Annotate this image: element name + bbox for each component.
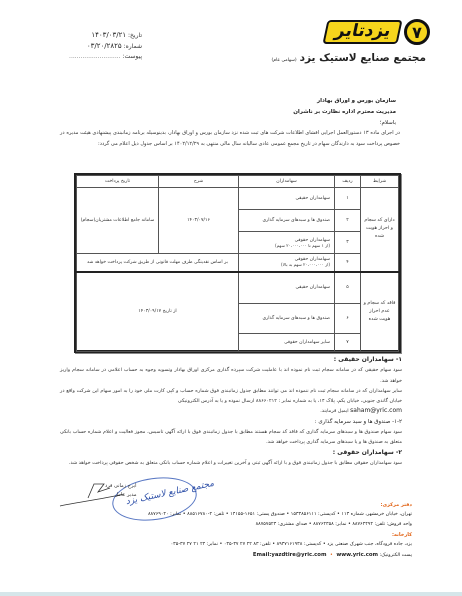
note-paragraph-2: سایر سهامداران که در سامانه سجام ثبت نام…	[60, 386, 402, 407]
email-link[interactable]: Email:yazdtire@yric.com	[253, 552, 327, 558]
note-email-row: saham@yric.com ایمیل فرمایند.	[60, 406, 402, 416]
web-label: پست الکترونیک:	[380, 553, 412, 558]
table-row: دارای کد سجام و احراز هویت شده ۱ سهامدار…	[77, 188, 399, 210]
row-no: ۶	[335, 304, 361, 334]
note-paragraph-3: سود سهام صندوق ها و سبدهای سرمایه گذاری …	[60, 427, 402, 448]
header-payment-date: تاریخ پرداخت	[77, 176, 159, 188]
dividend-schedule-table: شرایط ردیف سهامداران شرح تاریخ پرداخت دا…	[74, 173, 401, 353]
holder-cell: سایر سهامداران حقوقی	[239, 334, 335, 352]
date-row: تاریخ: ۱۴۰۳/۰۳/۲۱	[52, 30, 142, 41]
email-suffix: ایمیل فرمایند.	[320, 408, 348, 414]
row-no: ۵	[335, 272, 361, 304]
payment-cell: سامانه جامع اطلاعات مشتریان(سجام)	[77, 188, 159, 254]
shareholder-email-link[interactable]: saham@yric.com	[350, 407, 402, 414]
holder-range: (از ۲۰،۰۰۰،۰۰۰ سهم به بالا)	[241, 262, 330, 267]
number-value: ۰۳/۲۰/۲۸۲۵	[87, 42, 122, 50]
letter-footer: دفتر مرکزی: تهران، خیابان خرمشهر، شماره …	[34, 500, 412, 561]
merged-date-cell: از تاریخ ۱۴۰۳/۰۹/۱۷	[77, 272, 239, 352]
date-label: تاریخ:	[128, 32, 142, 39]
company-name-text: مجتمع صنایع لاستیک یزد	[300, 52, 426, 64]
website-link[interactable]: www.yric.com	[336, 552, 378, 558]
web-row: پست الکترونیک: Email:yazdtire@yric.com •…	[34, 550, 412, 561]
logo-text: یزدتایر	[322, 20, 403, 44]
holder-cell: صندوق ها و سبدهای سرمایه گذاری	[239, 210, 335, 232]
bullet-icon: •	[330, 553, 333, 558]
hq-label: دفتر مرکزی:	[34, 500, 412, 510]
note-paragraph-1: سود سهام حقیقی که در سامانه سجام ثبت نام…	[60, 365, 402, 386]
holder-cell: صندوق ها و سبدهای سرمایه گذاری	[239, 304, 335, 334]
signatory-name: ایرج زمانی فرد	[105, 482, 137, 491]
recipient-line-1: سازمان بورس و اوراق بهادار	[293, 96, 396, 107]
header-row-no: ردیف	[335, 176, 361, 188]
table-row: فاقد کد سجام و عدم احراز هویت شده ۵ سهام…	[77, 272, 399, 304]
recipient-line-2: مدیریت محترم اداره نظارت بر ناشران	[293, 107, 396, 118]
condition-group-1: دارای کد سجام و احراز هویت شده	[361, 188, 399, 272]
holder-cell: سهامداران حقیقی	[239, 188, 335, 210]
holder-cell: سهامداران حقوقی (از ۱ سهم تا ۲۰،۰۰۰،۰۰۰ …	[239, 232, 335, 254]
holder-range: (از ۱ سهم تا ۲۰،۰۰۰،۰۰۰ سهم)	[241, 243, 330, 248]
holder-name: سهامداران حقوقی	[295, 238, 330, 243]
notes-section: ۱- سهامداران حقیقی : سود سهام حقیقی که د…	[60, 355, 402, 468]
factory-label: کارخانه:	[34, 530, 412, 540]
row-no: ۴	[335, 254, 361, 272]
row-no: ۷	[335, 334, 361, 352]
header-holders: سهامداران	[239, 176, 335, 188]
table-header-row: شرایط ردیف سهامداران شرح تاریخ پرداخت	[77, 176, 399, 188]
company-name: مجتمع صنایع لاستیک یزد(سهامی عام)	[270, 52, 426, 64]
date-value: ۱۴۰۳/۰۳/۲۱	[91, 31, 126, 39]
attachment-row: پیوست: ...........................	[52, 52, 142, 62]
company-type: (سهامی عام)	[271, 58, 296, 63]
description-cell: ۱۴۰۳/۰۷/۱۶	[159, 188, 239, 254]
row-no: ۳	[335, 232, 361, 254]
note-heading-2: ۲- سهامداران حقوقی :	[60, 448, 402, 458]
row-no: ۱	[335, 188, 361, 210]
number-label: شماره:	[124, 43, 142, 50]
logo-mark-icon: ۷	[404, 19, 430, 45]
condition-group-2: فاقد کد سجام و عدم احراز هویت شده	[361, 272, 399, 352]
note-paragraph-4: سود سهامداران حقوقی مطابق با جدول زمانبن…	[60, 458, 402, 468]
intro-paragraph: در اجرای ماده ۱۳ دستورالعمل اجرایی افشای…	[60, 128, 400, 149]
holder-cell: سهامداران حقیقی	[239, 272, 335, 304]
header-description: شرح	[159, 176, 239, 188]
company-logo: ۷ یزدتایر	[268, 18, 430, 48]
signatory-title: مدیر عامل	[105, 491, 137, 500]
factory-contact: یزد، جاده فرودگاه، جنب شهرک صنعتی یزد • …	[34, 540, 412, 550]
hq-contact: تهران، خیابان خرمشهر، شماره ۱۱۳ • کدپستی…	[34, 510, 412, 520]
header-condition: شرایط	[361, 176, 399, 188]
signatory: ایرج زمانی فرد مدیر عامل	[105, 482, 137, 500]
row-no: ۲	[335, 210, 361, 232]
number-row: شماره: ۰۳/۲۰/۲۸۲۵	[52, 41, 142, 52]
attachment-value: ...........................	[69, 53, 121, 60]
holder-cell: سهامداران حقوقی (از ۲۰،۰۰۰،۰۰۰ سهم به با…	[239, 254, 335, 272]
attachment-label: پیوست:	[122, 53, 142, 60]
table-row: ۴ سهامداران حقوقی (از ۲۰،۰۰۰،۰۰۰ سهم به …	[77, 254, 399, 272]
recipient-block: سازمان بورس و اوراق بهادار مدیریت محترم …	[293, 96, 396, 129]
letter-meta: تاریخ: ۱۴۰۳/۰۳/۲۱ شماره: ۰۳/۲۰/۲۸۲۵ پیوس…	[52, 30, 142, 62]
note-heading-1-1: ۱-۲- صندوق ها و سبد سرمایه گذاری :	[60, 417, 402, 427]
sales-contact: واحد فروش: تلفن: ۸۸۷۶۴۴۹۴ • نمابر: ۸۸۷۶۴…	[34, 520, 412, 530]
note-heading-1: ۱- سهامداران حقیقی :	[60, 355, 402, 365]
scan-edge	[0, 592, 462, 596]
merged-note-cell: بر اساس نقدینگی طرف مهلت قانونی از طریق …	[77, 254, 239, 272]
